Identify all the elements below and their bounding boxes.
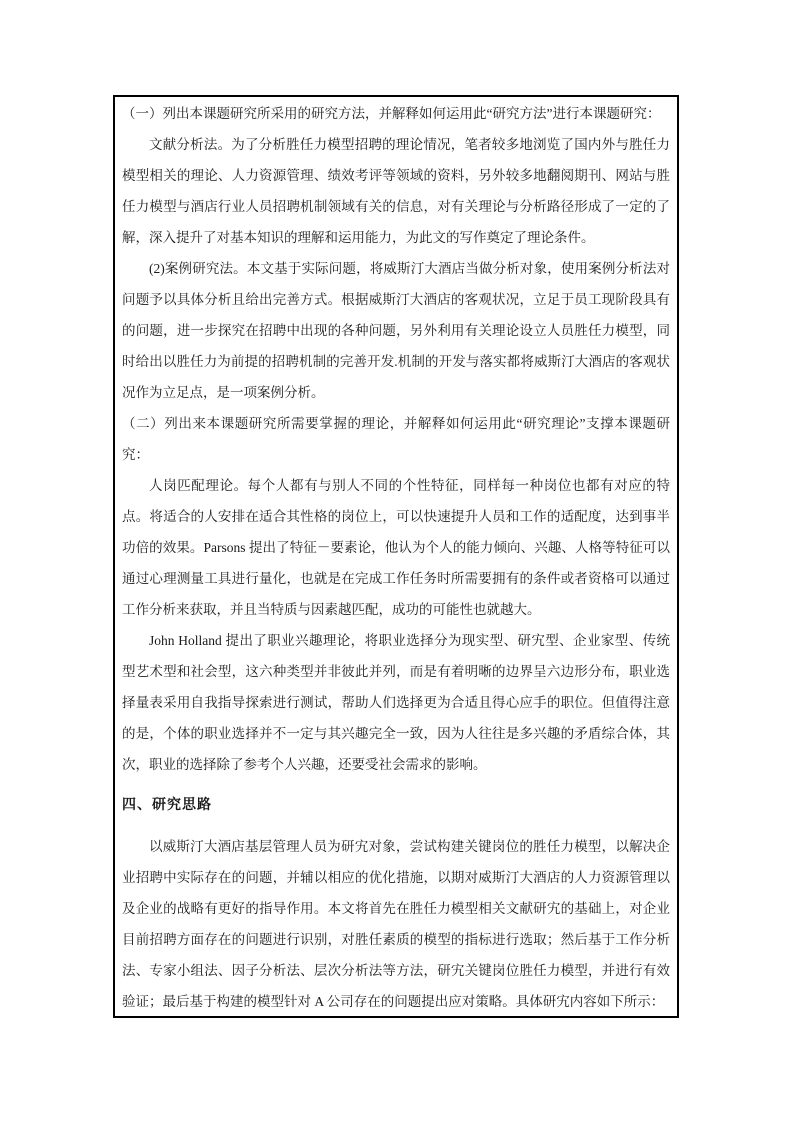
paragraph-research-approach: 以威斯汀大酒店基层管理人员为研宄对象，尝试构建关键岗位的胜任力模型，以解决企业招…	[122, 831, 670, 1017]
paragraph-case-study: (2)案例研究法。本文基于实际问题，将威斯汀大酒店当做分析对象，使用案例分析法对…	[122, 253, 670, 408]
prompt-research-method: （一）列出本课题研究所采用的研究方法，并解释如何运用此“研究方法”进行本课题研究…	[122, 98, 670, 129]
heading-research-approach: 四、研究思路	[122, 790, 670, 821]
paragraph-literature-analysis: 文献分析法。为了分析胜任力模型招聘的理论情况，笔者较多地浏览了国内外与胜任力模型…	[122, 129, 670, 253]
proposal-form-cell: （一）列出本课题研究所采用的研究方法，并解释如何运用此“研究方法”进行本课题研究…	[113, 95, 679, 1018]
prompt-research-theory: （二）列出来本课题研究所需要掌握的理论，并解释如何运用此“研究理论”支撑本课题研…	[122, 408, 670, 470]
paragraph-person-job-fit-theory: 人岗匹配理论。每个人都有与别人不同的个性特征，同样每一种岗位也都有对应的特点。将…	[122, 470, 670, 625]
paragraph-career-interest-theory: John Holland 提出了职业兴趣理论，将职业选择分为现实型、研宄型、企业…	[122, 625, 670, 780]
